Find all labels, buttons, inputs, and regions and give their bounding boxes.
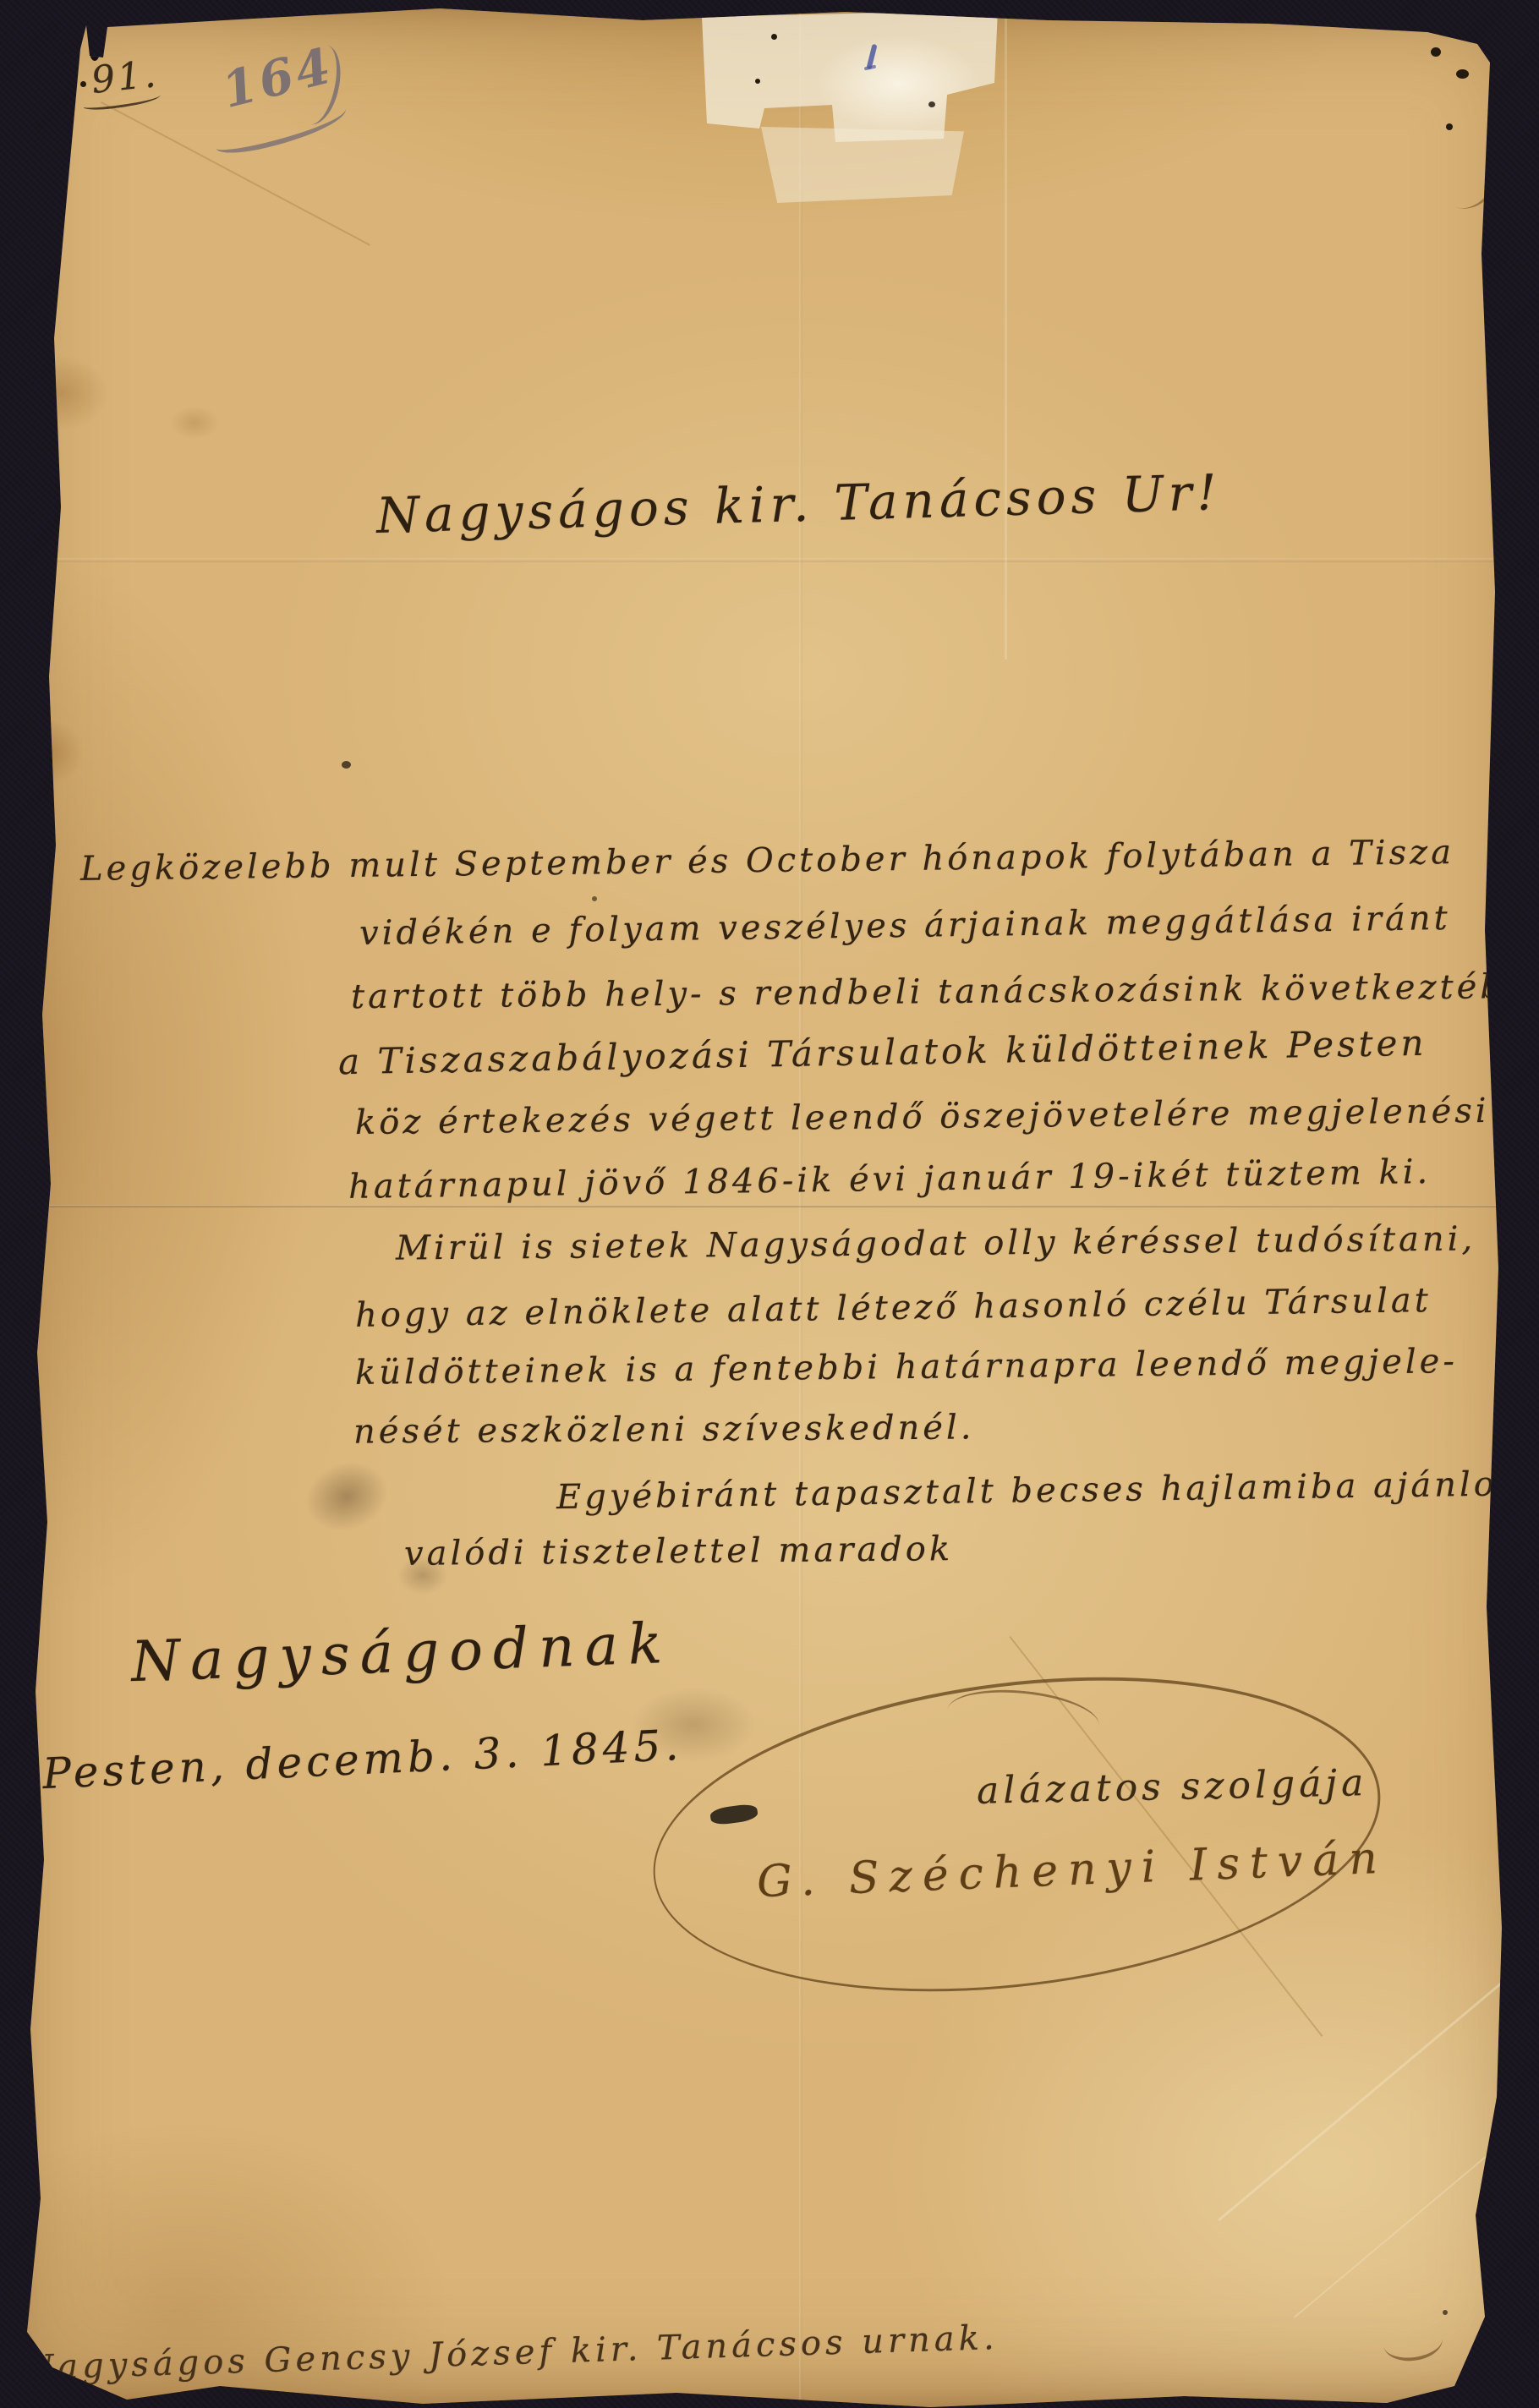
wormhole-top-right [1446,123,1453,130]
body-line: tartott több hely- s rendbeli tanácskozá… [351,967,1539,1016]
crease-arc-top-right [1425,124,1513,219]
letter-paper: 91. 164 Nagyságos kir. Tanácsos Ur! Legk… [0,0,1539,2408]
speck [755,79,760,84]
body-line: határnapul jövő 1846-ik évi január 19-ik… [348,1152,1432,1207]
speck [771,34,777,40]
salutation: Nagyságos kir. Tanácsos Ur! [375,463,1222,545]
body-line: Mirül is sietek Nagyságodat olly kérésse… [396,1219,1476,1267]
body-line: a Tiszaszabályozási Társulatok küldöttei… [338,1022,1427,1082]
fold-crease-horizontal-middle [34,1205,1522,1207]
ink-smudge [295,1450,397,1542]
fold-crease-horizontal-upper [0,558,1539,562]
wormhole-bottom-right [1497,2366,1504,2372]
speck [928,101,935,107]
wormhole-top-right [1456,69,1469,79]
body-line: hogy az elnöklete alatt létező hasonló c… [355,1281,1432,1335]
closing-phrase: alázatos szolgája [977,1761,1368,1813]
speck [592,896,597,901]
speck [1520,34,1524,38]
wormhole-bottom-right [1487,2342,1497,2351]
stain-left-middle [8,719,85,786]
stain-left-upper [15,355,108,431]
tape-residue-faint [761,127,964,203]
valediction-address: Nagyságodnak [130,1611,673,1694]
speck-margin [342,761,351,769]
speck [1510,14,1515,19]
tape-residue-patch [700,10,1005,144]
wormhole-top-right [1431,47,1441,57]
fold-crease-vertical-right [1005,0,1007,659]
body-line: Legközelebb mult September és October hó… [80,833,1455,889]
dateline: Pesten, decemb. 3. 1845. [41,1721,683,1798]
crease-diagonal-bottom-right-2 [1294,2088,1539,2318]
speck [1443,2310,1448,2315]
stain-faint-upper [169,406,220,440]
body-line: küldötteinek is a fentebbi határnapra le… [355,1342,1458,1393]
ink-dot-top-left [80,81,86,87]
body-line: vidékén e folyam veszélyes árjainak megg… [359,899,1451,953]
body-line: nését eszközleni szíveskednél. [353,1408,975,1451]
photo-background: 91. 164 Nagyságos kir. Tanácsos Ur! Legk… [0,0,1539,2408]
recipient-line: Nagyságos Gencsy József kir. Tanácsos ur… [24,2318,1000,2388]
crease-diagonal-bottom-right-1 [1218,1937,1539,2222]
body-line: valódi tisztelettel maradok [404,1530,954,1573]
crease-arc-bottom-right [1381,2319,1444,2364]
fold-crease-vertical-center [799,0,802,2408]
body-line: Egyébiránt tapasztalt becses hajlamiba a… [556,1464,1539,1517]
body-line: köz értekezés végett leendő öszejövetelé… [355,1092,1490,1142]
